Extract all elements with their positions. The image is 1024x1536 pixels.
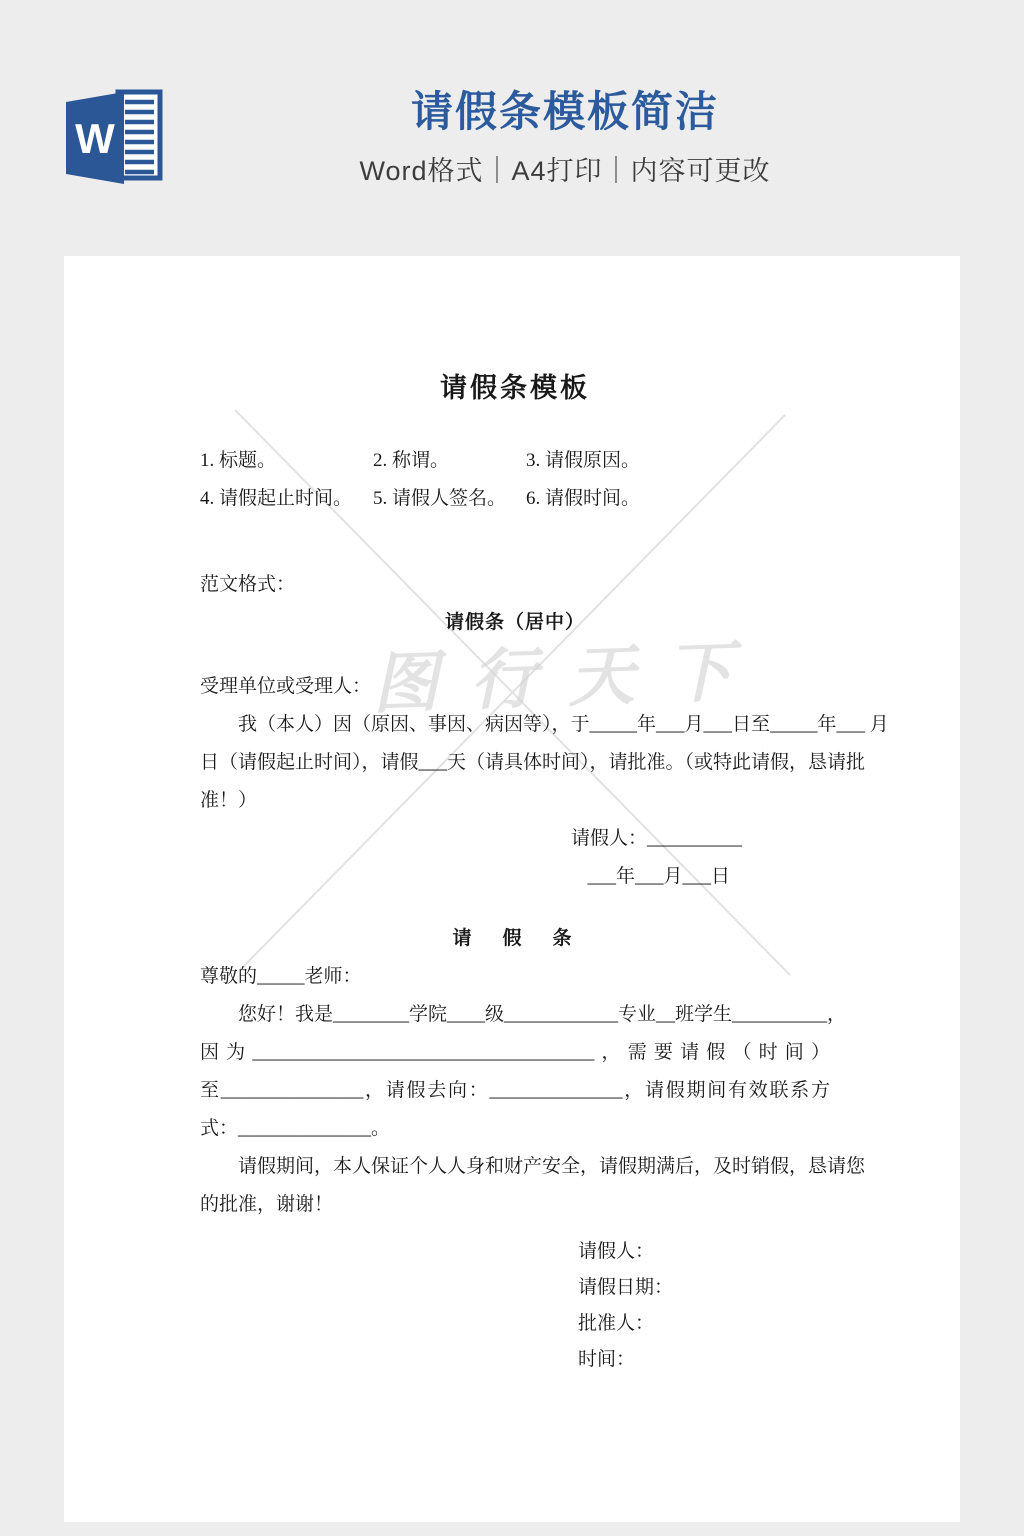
numbered-list: 1. 标题。 2. 称谓。 3. 请假原因。 4. 请假起止时间。 5. 请假人… [200,442,830,518]
document-page: 图行天下 请假条模板 1. 标题。 2. 称谓。 3. 请假原因。 4. 请假起… [64,256,960,1522]
list-item-4: 4. 请假起止时间。 [200,480,373,518]
sample2-body-line-5: 请假期间，本人保证个人人身和财产安全，请假期满后，及时销假，恳请您 [200,1148,830,1186]
list-row-2: 4. 请假起止时间。 5. 请假人签名。 6. 请假时间。 [200,480,830,518]
sample1-body-line-3: 准！） [200,782,830,820]
sample2-body-line-1: 您好！我是________学院____级____________专业__班学生_… [200,996,830,1034]
word-file-icon: W [62,86,170,190]
signature-line-time: 时间： [578,1342,830,1378]
sample2-heading: 请 假 条 [200,920,830,958]
sample2-body-line-3: 至_______________，请假去向：______________，请假期… [200,1072,830,1110]
sample2-body-line-6: 的批准，谢谢！ [200,1186,830,1224]
document-body: 请假条模板 1. 标题。 2. 称谓。 3. 请假原因。 4. 请假起止时间。 … [64,256,960,1378]
document-title: 请假条模板 [200,368,830,408]
signature-block: 请假人： 请假日期： 批准人： 时间： [578,1234,830,1378]
sample2-salutation: 尊敬的_____老师： [200,958,830,996]
signature-line-approver: 批准人： [578,1306,830,1342]
format-label: 范文格式： [200,566,830,604]
sample1-date-line: ___年___月___日 [200,858,830,896]
list-item-1: 1. 标题。 [200,442,373,480]
page-title: 请假条模板简洁 [170,88,960,136]
sample2-body-line-2: 因为____________________________________，需… [200,1034,830,1072]
page-subtitle: Word格式｜A4打印｜内容可更改 [170,149,960,188]
list-row-1: 1. 标题。 2. 称谓。 3. 请假原因。 [200,442,830,480]
template-preview-screen: { "header": { "title": "请假条模板简洁", "subti… [0,0,1024,1536]
preview-header: W 请假条模板简洁 Word格式｜A4打印｜内容可更改 [0,0,1024,256]
sample1-heading: 请假条（居中） [200,604,830,642]
word-icon-letter: W [75,115,115,162]
sample1-signer-line: 请假人：__________ [200,820,830,858]
signature-line-signer: 请假人： [578,1234,830,1270]
signature-line-date: 请假日期： [578,1270,830,1306]
list-item-3: 3. 请假原因。 [526,442,640,480]
sample1-body-line-2: 日（请假起止时间），请假___天（请具体时间），请批准。（或特此请假，恳请批 [200,744,830,782]
sample1-salutation: 受理单位或受理人： [200,668,830,706]
sample2-body-line-4: 式：______________。 [200,1110,830,1148]
sample1-body-line-1: 我（本人）因（原因、事因、病因等），于_____年___月___日至_____年… [200,706,830,744]
list-item-6: 6. 请假时间。 [526,480,640,518]
list-item-5: 5. 请假人签名。 [373,480,526,518]
header-text-block: 请假条模板简洁 Word格式｜A4打印｜内容可更改 [170,88,960,188]
list-item-2: 2. 称谓。 [373,442,526,480]
